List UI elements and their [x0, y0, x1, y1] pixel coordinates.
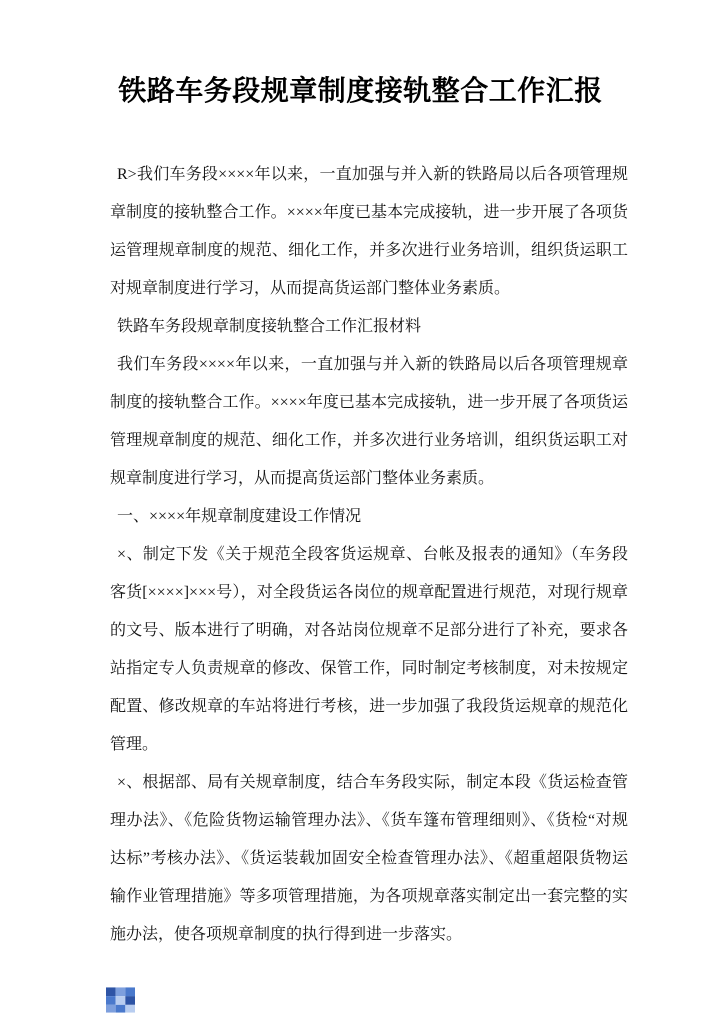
pixel-cell [106, 996, 116, 1005]
paragraph-section-heading: 一、××××年规章制度建设工作情况 [110, 498, 628, 536]
paragraph-item-2: ×、根据部、局有关规章制度，结合车务段实际，制定本段《货运检查管理办法》、《危险… [110, 764, 628, 954]
paragraph-subtitle: 铁路车务段规章制度接轨整合工作汇报材料 [110, 308, 628, 346]
pixel-cell [116, 987, 126, 996]
pixel-cell [106, 987, 116, 996]
pixel-cell [125, 987, 135, 996]
document-title: 铁路车务段规章制度接轨整合工作汇报 [40, 72, 681, 112]
pixel-cell [116, 996, 126, 1005]
pixel-cell [116, 1005, 126, 1013]
document-body: R>我们车务段××××年以来，一直加强与并入新的铁路局以后各项管理规章制度的接轨… [110, 156, 628, 954]
pixelated-image-icon [106, 987, 135, 1013]
paragraph-overview: 我们车务段××××年以来，一直加强与并入新的铁路局以后各项管理规章制度的接轨整合… [110, 346, 628, 498]
paragraph-intro: R>我们车务段××××年以来，一直加强与并入新的铁路局以后各项管理规章制度的接轨… [110, 156, 628, 308]
document-page: 铁路车务段规章制度接轨整合工作汇报 R>我们车务段××××年以来，一直加强与并入… [0, 0, 721, 1020]
pixel-cell [125, 996, 135, 1005]
pixel-cell [106, 1005, 116, 1013]
pixel-cell [125, 1005, 135, 1013]
paragraph-item-1: ×、制定下发《关于规范全段客货运规章、台帐及报表的通知》（车务段客货[××××]… [110, 536, 628, 764]
